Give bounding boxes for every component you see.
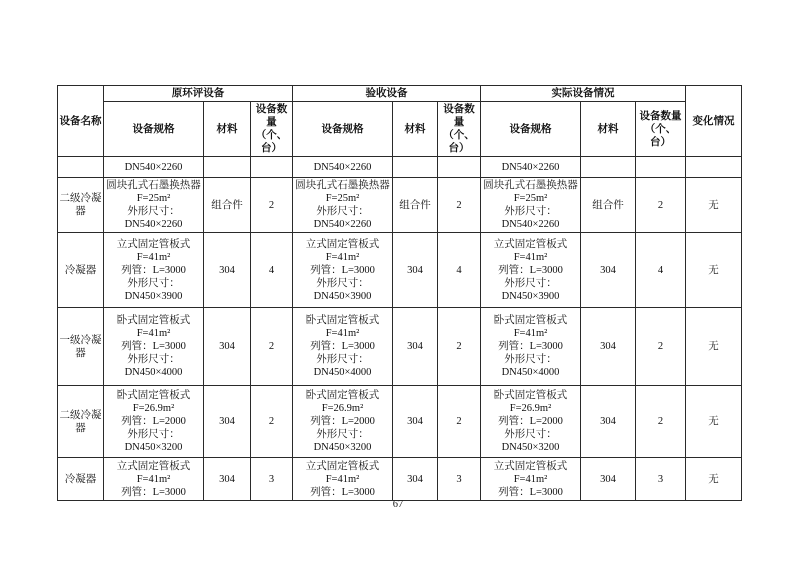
- accept-spec: DN540×2260: [293, 157, 393, 178]
- header-accept-spec: 设备规格: [293, 102, 393, 157]
- orig-quantity: 4: [251, 233, 293, 308]
- page-number: 67: [0, 499, 796, 510]
- accept-spec: 立式固定管板式 F=41m² 列管：L=3000 外形尺寸： DN450×390…: [293, 233, 393, 308]
- accept-spec: 卧式固定管板式 F=41m² 列管：L=3000 外形尺寸： DN450×400…: [293, 308, 393, 386]
- table-row: 二级冷凝器 圆块孔式石墨换热器 F=25m² 外形尺寸： DN540×2260 …: [58, 178, 742, 233]
- actual-material: 组合件: [581, 178, 636, 233]
- document-page: 设备名称 原环评设备 验收设备 实际设备情况 变化情况 设备规格 材料 设备数量…: [0, 0, 800, 565]
- equipment-name: 二级冷凝器: [58, 178, 104, 233]
- orig-material: 304: [204, 308, 251, 386]
- orig-quantity: 3: [251, 458, 293, 501]
- header-group-acceptance: 验收设备: [293, 86, 481, 102]
- accept-quantity: 3: [438, 458, 481, 501]
- accept-quantity: 2: [438, 308, 481, 386]
- accept-quantity: [438, 157, 481, 178]
- accept-material: 组合件: [393, 178, 438, 233]
- orig-spec: DN540×2260: [104, 157, 204, 178]
- actual-quantity: 2: [636, 308, 686, 386]
- accept-quantity: 4: [438, 233, 481, 308]
- actual-spec: 卧式固定管板式 F=26.9m² 列管：L=2000 外形尺寸： DN450×3…: [481, 386, 581, 458]
- equipment-name: 一级冷凝器: [58, 308, 104, 386]
- header-orig-quantity: 设备数量 （个、台）: [251, 102, 293, 157]
- orig-spec: 卧式固定管板式 F=41m² 列管：L=3000 外形尺寸： DN450×400…: [104, 308, 204, 386]
- orig-spec: 立式固定管板式 F=41m² 列管：L=3000 外形尺寸： DN450×390…: [104, 233, 204, 308]
- equipment-name: 冷凝器: [58, 233, 104, 308]
- orig-spec: 卧式固定管板式 F=26.9m² 列管：L=2000 外形尺寸： DN450×3…: [104, 386, 204, 458]
- orig-spec: 圆块孔式石墨换热器 F=25m² 外形尺寸： DN540×2260: [104, 178, 204, 233]
- orig-material: [204, 157, 251, 178]
- orig-quantity: 2: [251, 386, 293, 458]
- header-accept-quantity: 设备数量 （个、台）: [438, 102, 481, 157]
- equipment-comparison-table: 设备名称 原环评设备 验收设备 实际设备情况 变化情况 设备规格 材料 设备数量…: [57, 85, 742, 501]
- actual-spec: DN540×2260: [481, 157, 581, 178]
- table-row: 一级冷凝器 卧式固定管板式 F=41m² 列管：L=3000 外形尺寸： DN4…: [58, 308, 742, 386]
- table-row: 冷凝器 立式固定管板式 F=41m² 列管：L=3000 外形尺寸： DN450…: [58, 233, 742, 308]
- table-row: 二级冷凝器 卧式固定管板式 F=26.9m² 列管：L=2000 外形尺寸： D…: [58, 386, 742, 458]
- accept-material: 304: [393, 308, 438, 386]
- header-actual-material: 材料: [581, 102, 636, 157]
- actual-material: 304: [581, 386, 636, 458]
- header-actual-quantity: 设备数量 （个、台）: [636, 102, 686, 157]
- actual-material: 304: [581, 308, 636, 386]
- actual-spec: 立式固定管板式 F=41m² 列管：L=3000 外形尺寸： DN450×390…: [481, 233, 581, 308]
- change-status: 无: [686, 308, 742, 386]
- header-accept-material: 材料: [393, 102, 438, 157]
- table-header-groups-row: 设备名称 原环评设备 验收设备 实际设备情况 变化情况: [58, 86, 742, 102]
- header-orig-spec: 设备规格: [104, 102, 204, 157]
- orig-quantity: 2: [251, 308, 293, 386]
- accept-material: 304: [393, 233, 438, 308]
- table-row: 冷凝器 立式固定管板式 F=41m² 列管：L=3000 304 3 立式固定管…: [58, 458, 742, 501]
- actual-spec: 卧式固定管板式 F=41m² 列管：L=3000 外形尺寸： DN450×400…: [481, 308, 581, 386]
- orig-spec: 立式固定管板式 F=41m² 列管：L=3000: [104, 458, 204, 501]
- change-status: [686, 157, 742, 178]
- accept-quantity: 2: [438, 178, 481, 233]
- orig-quantity: 2: [251, 178, 293, 233]
- accept-spec: 卧式固定管板式 F=26.9m² 列管：L=2000 外形尺寸： DN450×3…: [293, 386, 393, 458]
- header-group-actual: 实际设备情况: [481, 86, 686, 102]
- equipment-name: 冷凝器: [58, 458, 104, 501]
- header-actual-spec: 设备规格: [481, 102, 581, 157]
- actual-quantity: [636, 157, 686, 178]
- orig-material: 304: [204, 233, 251, 308]
- orig-material: 304: [204, 458, 251, 501]
- header-change-status: 变化情况: [686, 86, 742, 157]
- actual-quantity: 4: [636, 233, 686, 308]
- actual-quantity: 3: [636, 458, 686, 501]
- actual-quantity: 2: [636, 386, 686, 458]
- header-orig-material: 材料: [204, 102, 251, 157]
- table-header-subcolumns-row: 设备规格 材料 设备数量 （个、台） 设备规格 材料 设备数量 （个、台） 设备…: [58, 102, 742, 157]
- accept-quantity: 2: [438, 386, 481, 458]
- equipment-name: [58, 157, 104, 178]
- actual-spec: 立式固定管板式 F=41m² 列管：L=3000: [481, 458, 581, 501]
- actual-quantity: 2: [636, 178, 686, 233]
- actual-material: 304: [581, 458, 636, 501]
- accept-material: [393, 157, 438, 178]
- header-group-original-eia: 原环评设备: [104, 86, 293, 102]
- change-status: 无: [686, 386, 742, 458]
- accept-spec: 立式固定管板式 F=41m² 列管：L=3000: [293, 458, 393, 501]
- header-equipment-name: 设备名称: [58, 86, 104, 157]
- orig-material: 组合件: [204, 178, 251, 233]
- accept-material: 304: [393, 458, 438, 501]
- change-status: 无: [686, 233, 742, 308]
- actual-material: 304: [581, 233, 636, 308]
- actual-material: [581, 157, 636, 178]
- equipment-name: 二级冷凝器: [58, 386, 104, 458]
- actual-spec: 圆块孔式石墨换热器 F=25m² 外形尺寸： DN540×2260: [481, 178, 581, 233]
- orig-quantity: [251, 157, 293, 178]
- accept-material: 304: [393, 386, 438, 458]
- orig-material: 304: [204, 386, 251, 458]
- change-status: 无: [686, 178, 742, 233]
- accept-spec: 圆块孔式石墨换热器 F=25m² 外形尺寸： DN540×2260: [293, 178, 393, 233]
- change-status: 无: [686, 458, 742, 501]
- table-row: DN540×2260 DN540×2260 DN540×2260: [58, 157, 742, 178]
